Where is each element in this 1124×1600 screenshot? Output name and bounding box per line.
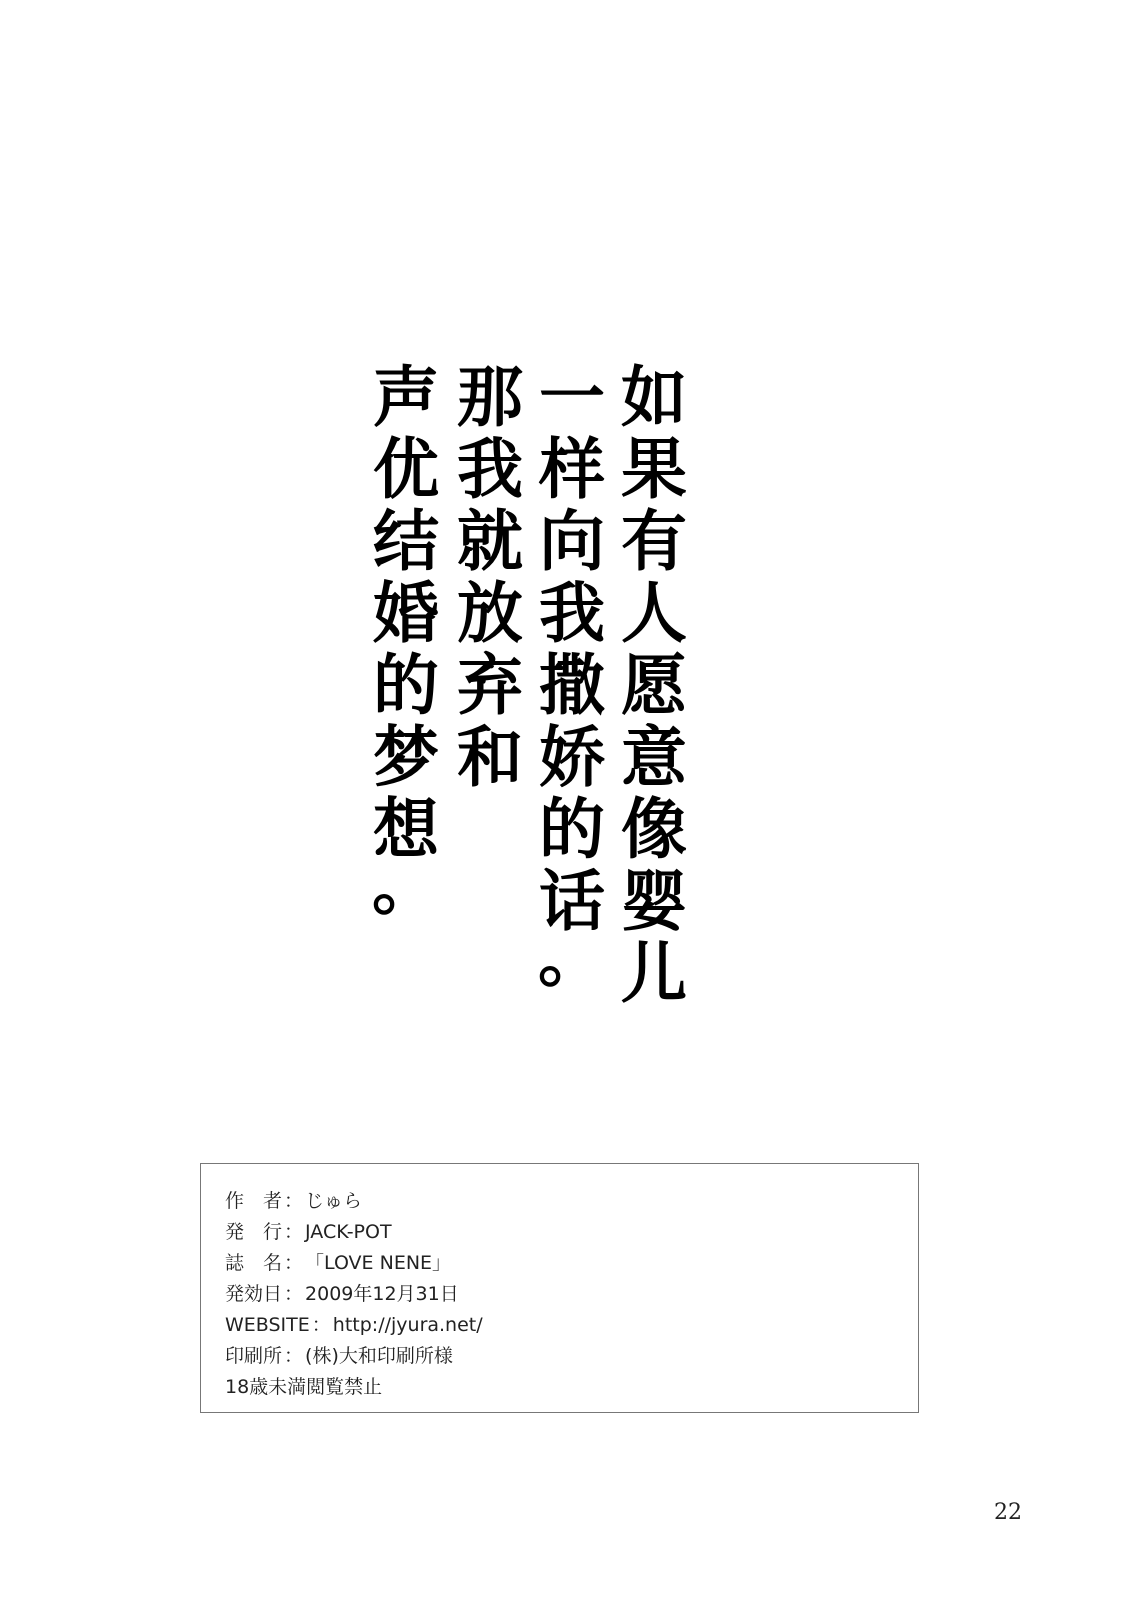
text-char: 像 [618, 794, 690, 866]
text-char: 优 [370, 434, 442, 506]
credit-age-notice: 18歳未満閲覧禁止 [225, 1372, 483, 1403]
text-char: 向 [536, 506, 608, 578]
credit-label: 発効日 [225, 1279, 282, 1310]
credit-value: 2009年12月31日 [305, 1279, 459, 1310]
credit-value: JACK-POT [305, 1217, 392, 1248]
credit-publisher: 発 行 ： JACK-POT [225, 1217, 483, 1248]
credit-value: 「LOVE NENE」 [305, 1248, 451, 1279]
text-char: 婴 [618, 866, 690, 938]
credit-printer: 印刷所 ： (株)大和印刷所様 [225, 1341, 483, 1372]
vertical-text-column-4: 声 优 结 婚 的 梦 想 。 [370, 362, 442, 922]
website-link[interactable]: http://jyura.net/ [333, 1310, 483, 1341]
credit-author: 作 者 ： じゅら [225, 1186, 483, 1217]
credit-separator: ： [282, 1341, 305, 1372]
text-char: 意 [618, 722, 690, 794]
credit-separator: ： [282, 1248, 305, 1279]
text-char: 就 [454, 506, 526, 578]
text-char: 娇 [536, 722, 608, 794]
vertical-text-column-3: 那 我 就 放 弃 和 [454, 362, 526, 794]
credit-title: 誌 名 ： 「LOVE NENE」 [225, 1248, 483, 1279]
text-char: 声 [370, 362, 442, 434]
text-char: 的 [536, 794, 608, 866]
page-number: 22 [994, 1500, 1022, 1525]
text-char: 梦 [370, 722, 442, 794]
credit-separator: ： [282, 1217, 305, 1248]
credit-label: 発 行 [225, 1217, 282, 1248]
text-char: 撒 [536, 650, 608, 722]
text-char: 儿 [618, 938, 690, 1010]
text-char: 一 [536, 362, 608, 434]
colophon-box: 作 者 ： じゅら 発 行 ： JACK-POT 誌 名 ： 「LOVE NEN… [200, 1163, 919, 1413]
text-char: 我 [536, 578, 608, 650]
credit-label: 作 者 [225, 1186, 282, 1217]
vertical-text-column-2: 一 样 向 我 撒 娇 的 话 。 [536, 362, 608, 994]
credit-separator: ： [282, 1186, 305, 1217]
credit-website: WEBSITE ： http://jyura.net/ [225, 1310, 483, 1341]
credit-label: WEBSITE [225, 1310, 310, 1341]
vertical-text-column-1: 如 果 有 人 愿 意 像 婴 儿 [618, 362, 690, 1010]
text-char: 人 [618, 578, 690, 650]
credit-value: (株)大和印刷所様 [305, 1341, 453, 1372]
period-mark: 。 [536, 938, 608, 994]
text-char: 如 [618, 362, 690, 434]
text-char: 有 [618, 506, 690, 578]
text-char: 结 [370, 506, 442, 578]
text-char: 放 [454, 578, 526, 650]
text-char: 愿 [618, 650, 690, 722]
age-restriction-notice: 18歳未満閲覧禁止 [225, 1372, 382, 1403]
text-char: 的 [370, 650, 442, 722]
text-char: 和 [454, 722, 526, 794]
text-char: 婚 [370, 578, 442, 650]
text-char: 我 [454, 434, 526, 506]
text-char: 样 [536, 434, 608, 506]
text-char: 那 [454, 362, 526, 434]
credit-issue-date: 発効日 ： 2009年12月31日 [225, 1279, 483, 1310]
text-char: 弃 [454, 650, 526, 722]
credit-label: 印刷所 [225, 1341, 282, 1372]
period-mark: 。 [370, 866, 442, 922]
credit-separator: ： [310, 1310, 333, 1341]
text-char: 果 [618, 434, 690, 506]
credit-label: 誌 名 [225, 1248, 282, 1279]
colophon-lines: 作 者 ： じゅら 発 行 ： JACK-POT 誌 名 ： 「LOVE NEN… [225, 1186, 483, 1403]
credit-separator: ： [282, 1279, 305, 1310]
credit-value: じゅら [305, 1186, 362, 1217]
